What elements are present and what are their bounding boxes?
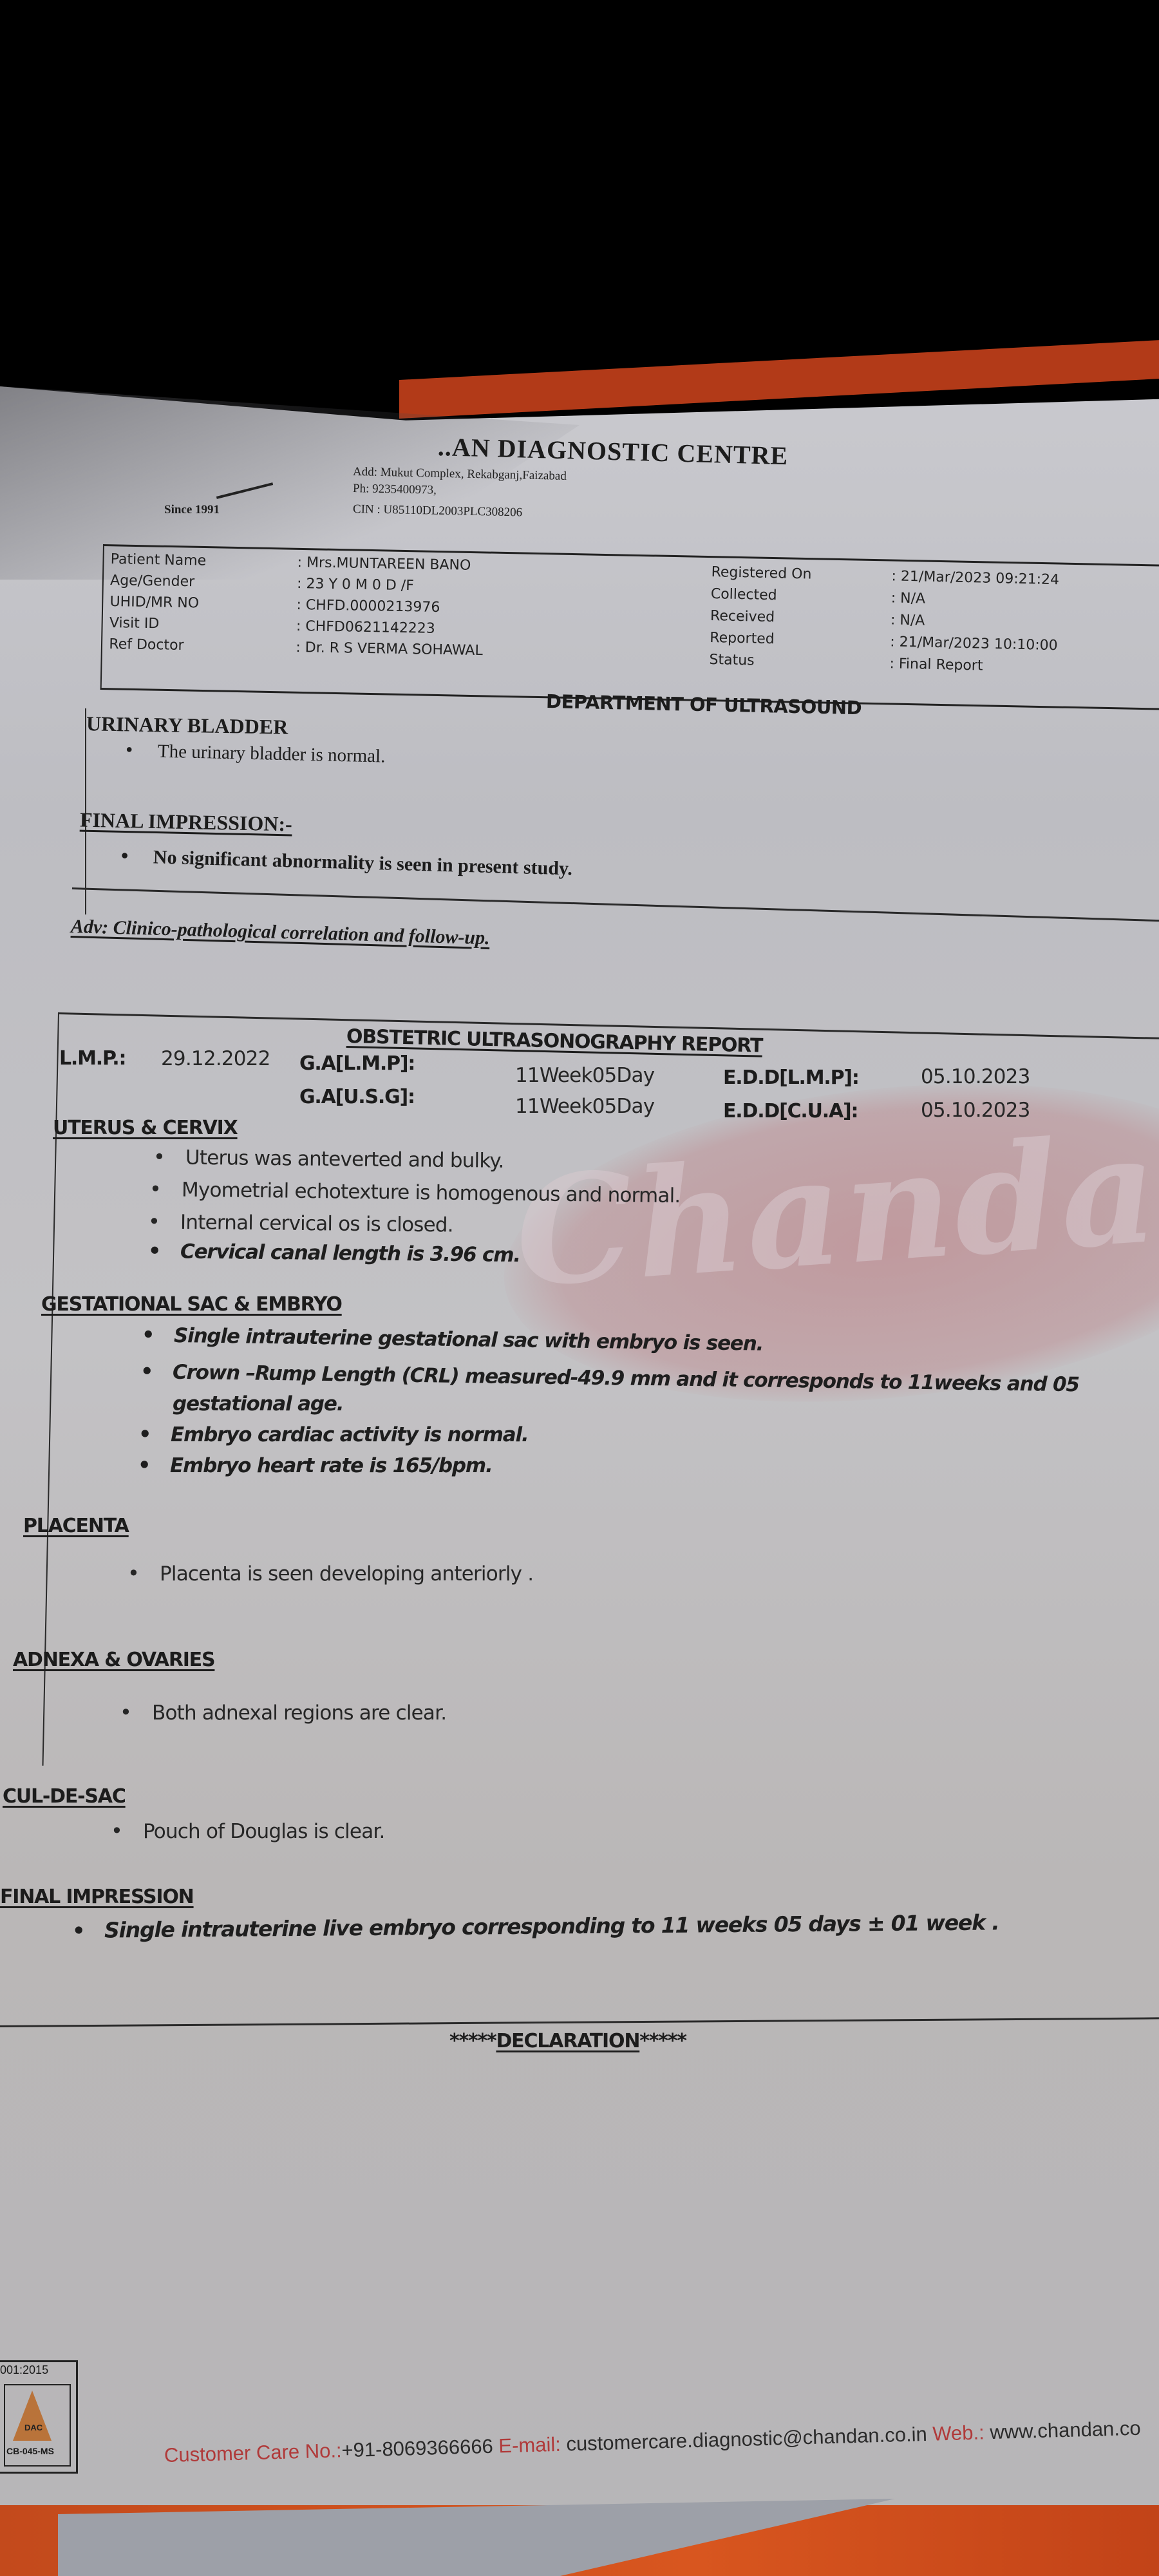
email-label: E-mail: (498, 2433, 561, 2458)
uterus-heading: UTERUS & CERVIX (53, 1117, 238, 1139)
declaration-stars-left: ***** (449, 2030, 496, 2052)
final-impression-heading: FINAL IMPRESSION:- (80, 808, 293, 837)
field-label: Status (709, 649, 890, 675)
customer-care-label: Customer Care No.: (164, 2439, 342, 2467)
uhid: : CHFD.0000213976 (296, 594, 440, 618)
edd-cua-value: 05.10.2023 (921, 1099, 1030, 1122)
cul-de-sac-heading: CUL-DE-SAC (3, 1785, 126, 1808)
lmp-value: 29.12.2022 (161, 1047, 270, 1070)
uterus-item: Internal cervical os is closed. (148, 1209, 453, 1237)
field-label: Visit ID (109, 612, 297, 637)
edd-lmp-value: 05.10.2023 (921, 1065, 1030, 1088)
gestational-item-continued: gestational age. (173, 1392, 343, 1416)
declaration-label: DECLARATION (496, 2030, 639, 2052)
gestational-item: Embryo heart rate is 165/bpm. (138, 1453, 493, 1477)
field-label: Patient Name (110, 549, 297, 573)
urinary-bladder-heading: URINARY BLADDER (86, 712, 288, 739)
gestational-heading: GESTATIONAL SAC & EMBRYO (41, 1293, 342, 1316)
ga-lmp-value: 11Week05Day (515, 1064, 654, 1087)
declaration-heading: *****DECLARATION***** (449, 2030, 686, 2052)
placenta-item: Placenta is seen developing anteriorly . (127, 1561, 533, 1586)
centre-phone: Ph: 9235400973, (353, 482, 437, 498)
cul-de-sac-item: Pouch of Douglas is clear. (111, 1819, 385, 1843)
uterus-item: Cervical canal length is 3.96 cm. (148, 1238, 520, 1267)
declaration-stars-right: ***** (639, 2030, 686, 2052)
edd-lmp-label: E.D.D[L.M.P]: (723, 1066, 859, 1089)
received: : N/A (890, 609, 925, 632)
lmp-label: L.M.P.: (59, 1047, 126, 1070)
customer-care-number[interactable]: +91-8069366666 (341, 2435, 493, 2462)
edd-cua-label: E.D.D[C.U.A]: (723, 1100, 858, 1122)
field-label: UHID/MR NO (109, 591, 297, 616)
patient-name: : Mrs.MUNTAREEN BANO (297, 552, 471, 576)
certification-code: CB-045-MS (6, 2446, 54, 2456)
gestational-item: Embryo cardiac activity is normal. (138, 1422, 528, 1446)
web-label: Web.: (932, 2421, 985, 2445)
collected: : N/A (890, 587, 925, 610)
field-label: Ref Doctor (109, 634, 296, 658)
ga-usg-value: 11Week05Day (515, 1095, 654, 1118)
status-badge: : Final Report (889, 653, 983, 677)
certification-standard: 001:2015 (0, 2363, 48, 2377)
report-details: Registered On: 21/Mar/2023 09:21:24 Coll… (709, 562, 1059, 679)
since-year: Since 1991 (164, 503, 220, 517)
adnexa-heading: ADNEXA & OVARIES (13, 1649, 214, 1671)
web-link[interactable]: www.chandan.co (990, 2417, 1141, 2444)
ref-doctor: : Dr. R S VERMA SOHAWAL (296, 637, 483, 661)
patient-details: Patient Name: Mrs.MUNTAREEN BANO Age/Gen… (109, 549, 484, 661)
certification-mark: DAC (24, 2423, 42, 2432)
placenta-heading: PLACENTA (23, 1515, 129, 1537)
obstetric-final-impression-heading: FINAL IMPRESSION (0, 1886, 194, 1908)
age-gender: : 23 Y 0 M 0 D /F (297, 573, 414, 596)
ga-usg-label: G.A[U.S.G]: (299, 1086, 415, 1108)
adnexa-item: Both adnexal regions are clear. (120, 1700, 446, 1725)
visit-id: : CHFD0621142223 (296, 616, 435, 639)
uterus-item: Uterus was anteverted and bulky. (153, 1144, 504, 1173)
field-label: Age/Gender (110, 570, 297, 594)
ga-lmp-label: G.A[L.M.P]: (299, 1052, 415, 1075)
dac-triangle-icon (13, 2391, 52, 2441)
